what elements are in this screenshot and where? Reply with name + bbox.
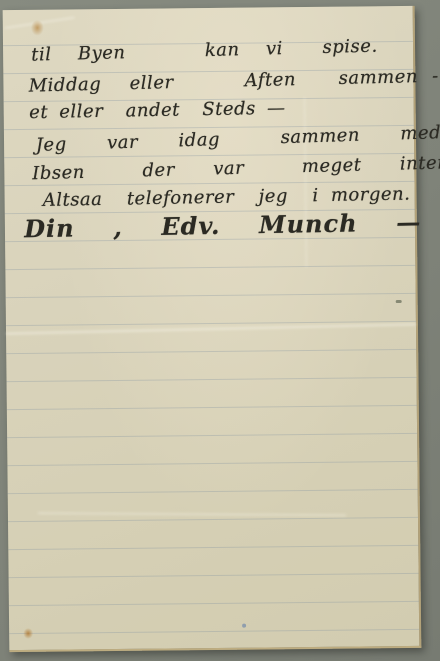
letter-body: til Byen kan vi spise. Middag eller Afte… [0, 4, 421, 651]
letter-line: Middag eller Aften sammen - [28, 66, 439, 97]
letter-line: et eller andet Steds — [29, 98, 286, 123]
letter-line: Jeg var idag sammen med [35, 122, 440, 156]
letter-line: Ibsen der var meget interesseret [32, 151, 440, 185]
letter-paper: til Byen kan vi spise. Middag eller Afte… [3, 6, 422, 652]
letter-line: til Byen kan vi spise. [31, 36, 378, 66]
letter-line: Altsaa telefonerer jeg i morgen. [43, 184, 411, 211]
signature-line: Din , Edv. Munch — [24, 207, 422, 243]
